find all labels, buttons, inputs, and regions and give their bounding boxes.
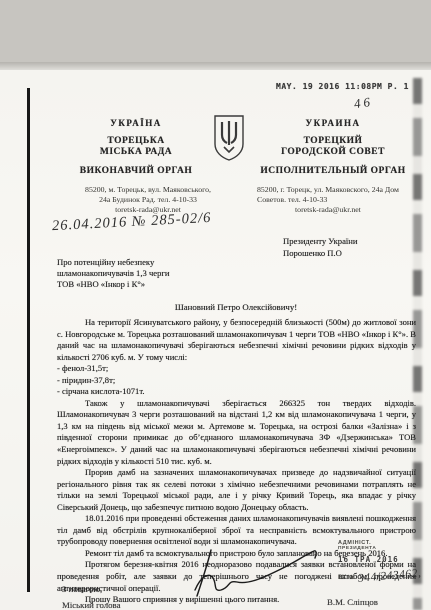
- address-uk-line1: 85200, м. Торецьк, вул. Маяковського,: [63, 185, 233, 195]
- signature-scribble: [183, 546, 323, 606]
- org-type-uk: ВИКОНАВЧИЙ ОРГАН: [55, 166, 217, 176]
- recipient-block: Президенту України Порошенко П.О: [283, 236, 358, 259]
- closing-regards: З повагою,: [62, 584, 102, 594]
- council-name-ru-line1: ТОРЕЦКИЙ: [252, 136, 414, 147]
- scanned-letter-page: MAY. 19 2016 11:08PM P. 1 46 УКРАЇНА ТОР…: [0, 0, 431, 610]
- council-name-ru-line2: ГОРОДСКОЙ СОВЕТ: [252, 147, 414, 158]
- waste-item-sulfuric-acid: - сірчана кислота-1071т.: [57, 386, 416, 398]
- address-ru-line1: 85200, г. Торецк, ул. Маяковского, 24а Д…: [257, 185, 422, 195]
- stamp-date: 16 ТРА 2016: [338, 555, 430, 564]
- subject-block: Про потенційну небезпеку шламонакопичува…: [57, 257, 170, 290]
- subject-line3: ТОВ «НВО «Інкор і К°»: [57, 279, 170, 290]
- stamp-inbox-number: 344/243462,: [358, 567, 422, 584]
- country-name-uk: УКРАЇНА: [55, 118, 217, 128]
- body-paragraph-3: Прорив дамб на зазначених шламонакопичув…: [57, 467, 416, 513]
- incoming-registration-stamp: АДМІНІСТ. ПРЕЗИДЕНТА 16 ТРА 2016 ВХ.№ 34…: [338, 540, 430, 584]
- address-uk-line2: 24а Будинок Рад. тел. 4-10-33: [63, 195, 233, 205]
- subject-line2: шламонакопичувачів 1,3 черги: [57, 268, 170, 279]
- body-paragraph-1: На території Ясинуватського району, у бе…: [57, 317, 416, 363]
- recipient-name: Порошенко П.О: [283, 248, 358, 260]
- country-name-ru: УКРАИНА: [252, 118, 414, 128]
- scan-margin-line: [27, 88, 30, 592]
- council-name-uk-line1: ТОРЕЦЬКА: [55, 136, 217, 147]
- salutation: Шановний Петро Олексійовичу!: [57, 302, 415, 312]
- handwritten-page-number: 46: [353, 94, 374, 112]
- council-name-ru: ТОРЕЦКИЙ ГОРОДСКОЙ СОВЕТ: [252, 136, 414, 158]
- recipient-title: Президенту України: [283, 236, 358, 248]
- waste-item-pyridine: - піридин-37,8т;: [57, 375, 416, 387]
- org-type-ru: ИСПОЛНИТЕЛЬНЫЙ ОРГАН: [252, 166, 414, 176]
- email-ru: toretsk-rada@ukr.net: [257, 205, 422, 215]
- address-ru-line2: Советов. тел. 4-10-33: [257, 195, 422, 205]
- stamp-inbox: ВХ.№ 344/243462,: [338, 566, 430, 584]
- stamp-org-line2: ПРЕЗИДЕНТА: [338, 546, 430, 551]
- subject-line1: Про потенційну небезпеку: [57, 257, 170, 268]
- closing-position: Міський голова: [62, 600, 120, 610]
- fax-timestamp: MAY. 19 2016 11:08PM P. 1: [276, 82, 426, 91]
- council-name-uk-line2: МІСЬКА РАДА: [55, 147, 217, 158]
- waste-item-phenol: - фенол-31,5т;: [57, 363, 416, 375]
- letterhead-left: УКРАЇНА ТОРЕЦЬКА МІСЬКА РАДА ВИКОНАВЧИЙ …: [55, 118, 217, 176]
- council-name-uk: ТОРЕЦЬКА МІСЬКА РАДА: [55, 136, 217, 158]
- body-paragraph-2: Також у шламонакопичувачі зберігається 2…: [57, 398, 416, 467]
- signer-name: В.М. Сліпцов: [327, 597, 378, 607]
- coat-of-arms-ukraine-icon: [211, 114, 247, 167]
- address-block-ru: 85200, г. Торецк, ул. Маяковского, 24а Д…: [257, 185, 422, 215]
- letterhead-right: УКРАИНА ТОРЕЦКИЙ ГОРОДСКОЙ СОВЕТ ИСПОЛНИ…: [252, 118, 414, 176]
- stamp-inbox-label: ВХ.№: [338, 575, 354, 581]
